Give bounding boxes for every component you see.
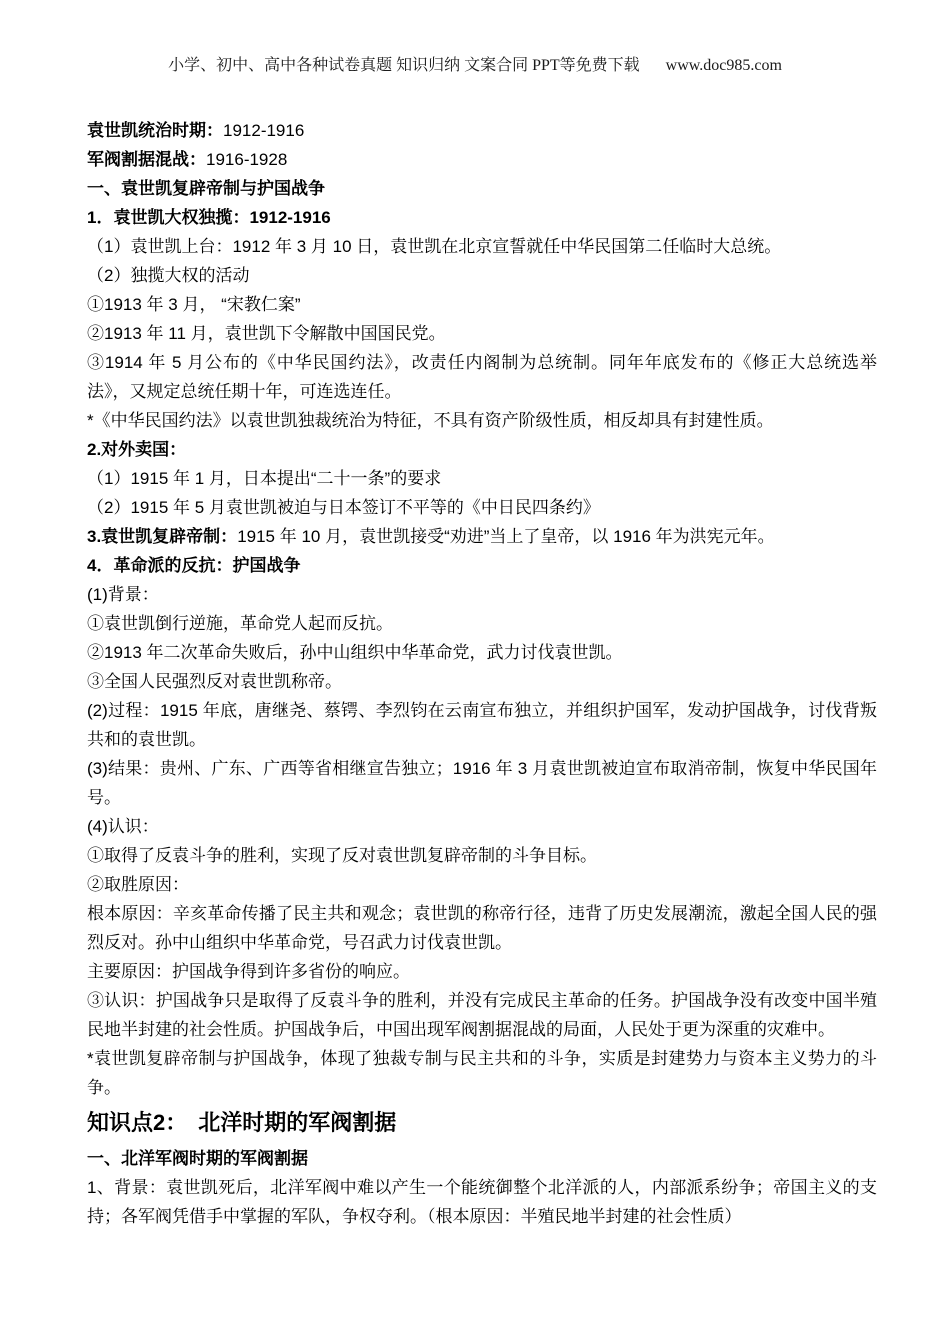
text-run: ③全国人民强烈反对袁世凯称帝。 [87,672,342,691]
document-body: 袁世凯统治时期：1912-1916军阀割据混战：1916-1928一、袁世凯复辟… [87,116,877,1231]
paragraph: （1）袁世凯上台：1912 年 3 月 10 日，袁世凯在北京宣誓就任中华民国第… [87,232,877,261]
text-run: 1、背景：袁世凯死后，北洋军阀中难以产生一个能统御整个北洋派的人，内部派系纷争；… [87,1178,877,1226]
text-run: *袁世凯复辟帝制与护国战争，体现了独裁专制与民主共和的斗争，实质是封建势力与资本… [87,1049,877,1097]
paragraph: ③认识：护国战争只是取得了反袁斗争的胜利，并没有完成民主革命的任务。护国战争没有… [87,986,877,1044]
text-run: (1)背景： [87,585,159,604]
paragraph: ③1914 年 5 月公布的《中华民国约法》，改责任内阁制为总统制。同年年底发布… [87,348,877,406]
text-run: （2）独揽大权的活动 [87,266,249,285]
text-run: ①袁世凯倒行逆施，革命党人起而反抗。 [87,614,393,633]
text-run: 3.袁世凯复辟帝制： [87,527,237,546]
paragraph: (4)认识： [87,812,877,841]
section-heading: 知识点2： 北洋时期的军阀割据 [87,1105,877,1141]
text-run: ①1913 年 3 月， “宋教仁案” [87,295,301,314]
text-run: (4)认识： [87,817,159,836]
text-run: 一、北洋军阀时期的军阀割据 [87,1149,308,1168]
paragraph: *袁世凯复辟帝制与护国战争，体现了独裁专制与民主共和的斗争，实质是封建势力与资本… [87,1044,877,1102]
paragraph: 3.袁世凯复辟帝制：1915 年 10 月，袁世凯接受“劝进”当上了皇帝，以 1… [87,522,877,551]
text-run: 根本原因：辛亥革命传播了民主共和观念；袁世凯的称帝行径，违背了历史发展潮流，激起… [87,904,877,952]
text-run: （1）袁世凯上台：1912 年 3 月 10 日，袁世凯在北京宣誓就任中华民国第… [87,237,781,256]
paragraph: （2）独揽大权的活动 [87,261,877,290]
paragraph: 2.对外卖国： [87,435,877,464]
text-run: ①取得了反袁斗争的胜利，实现了反对袁世凯复辟帝制的斗争目标。 [87,846,597,865]
text-run: 2.对外卖国： [87,440,186,459]
paragraph: ①取得了反袁斗争的胜利，实现了反对袁世凯复辟帝制的斗争目标。 [87,841,877,870]
text-run: (3)结果：贵州、广东、广西等省相继宣告独立；1916 年 3 月袁世凯被迫宣布… [87,759,877,807]
paragraph: ②取胜原因： [87,870,877,899]
page: { "page": { "background": "#ffffff", "te… [0,0,950,1344]
text-run: 1916-1928 [206,150,287,169]
text-run: ②取胜原因： [87,875,189,894]
text-run: （1）1915 年 1 月，日本提出“二十一条”的要求 [87,469,441,488]
text-run: (2)过程：1915 年底，唐继尧、蔡锷、李烈钧在云南宣布独立，并组织护国军，发… [87,701,877,749]
watermark-site-url: www.doc985.com [666,57,782,74]
paragraph: (2)过程：1915 年底，唐继尧、蔡锷、李烈钧在云南宣布独立，并组织护国军，发… [87,696,877,754]
paragraph: 4．革命派的反抗：护国战争 [87,551,877,580]
watermark-text: 小学、初中、高中各种试卷真题 知识归纳 文案合同 PPT等免费下载 [168,57,640,74]
text-run: 一、袁世凯复辟帝制与护国战争 [87,179,325,198]
text-run: 军阀割据混战： [87,150,206,169]
text-run: 1．袁世凯大权独揽：1912-1916 [87,208,331,227]
paragraph: ②1913 年二次革命失败后，孙中山组织中华革命党，武力讨伐袁世凯。 [87,638,877,667]
paragraph: 根本原因：辛亥革命传播了民主共和观念；袁世凯的称帝行径，违背了历史发展潮流，激起… [87,899,877,957]
text-run: 4．革命派的反抗：护国战争 [87,556,300,575]
paragraph: 军阀割据混战：1916-1928 [87,145,877,174]
paragraph: 一、袁世凯复辟帝制与护国战争 [87,174,877,203]
paragraph: （2）1915 年 5 月袁世凯被迫与日本签订不平等的《中日民四条约》 [87,493,877,522]
watermark-header: 小学、初中、高中各种试卷真题 知识归纳 文案合同 PPT等免费下载www.doc… [0,52,950,75]
paragraph: 一、北洋军阀时期的军阀割据 [87,1144,877,1173]
paragraph: 1、背景：袁世凯死后，北洋军阀中难以产生一个能统御整个北洋派的人，内部派系纷争；… [87,1173,877,1231]
paragraph: 袁世凯统治时期：1912-1916 [87,116,877,145]
text-run: ②1913 年 11 月，袁世凯下令解散中国国民党。 [87,324,446,343]
text-run: （2）1915 年 5 月袁世凯被迫与日本签订不平等的《中日民四条约》 [87,498,600,517]
text-run: 袁世凯统治时期： [87,121,223,140]
paragraph: ①袁世凯倒行逆施，革命党人起而反抗。 [87,609,877,638]
text-run: 1912-1916 [223,121,304,140]
text-run: 主要原因：护国战争得到许多省份的响应。 [87,962,410,981]
text-run: *《中华民国约法》以袁世凯独裁统治为特征，不具有资产阶级性质，相反却具有封建性质… [87,411,774,430]
paragraph: ③全国人民强烈反对袁世凯称帝。 [87,667,877,696]
paragraph: (3)结果：贵州、广东、广西等省相继宣告独立；1916 年 3 月袁世凯被迫宣布… [87,754,877,812]
paragraph: *《中华民国约法》以袁世凯独裁统治为特征，不具有资产阶级性质，相反却具有封建性质… [87,406,877,435]
text-run: ③1914 年 5 月公布的《中华民国约法》，改责任内阁制为总统制。同年年底发布… [87,353,877,401]
paragraph: (1)背景： [87,580,877,609]
paragraph: 1．袁世凯大权独揽：1912-1916 [87,203,877,232]
paragraph: ②1913 年 11 月，袁世凯下令解散中国国民党。 [87,319,877,348]
text-run: ②1913 年二次革命失败后，孙中山组织中华革命党，武力讨伐袁世凯。 [87,643,623,662]
text-run: 1915 年 10 月，袁世凯接受“劝进”当上了皇帝，以 1916 年为洪宪元年… [237,527,774,546]
paragraph: ①1913 年 3 月， “宋教仁案” [87,290,877,319]
paragraph: （1）1915 年 1 月，日本提出“二十一条”的要求 [87,464,877,493]
text-run: 知识点2： 北洋时期的军阀割据 [87,1110,396,1135]
text-run: ③认识：护国战争只是取得了反袁斗争的胜利，并没有完成民主革命的任务。护国战争没有… [87,991,877,1039]
paragraph: 主要原因：护国战争得到许多省份的响应。 [87,957,877,986]
